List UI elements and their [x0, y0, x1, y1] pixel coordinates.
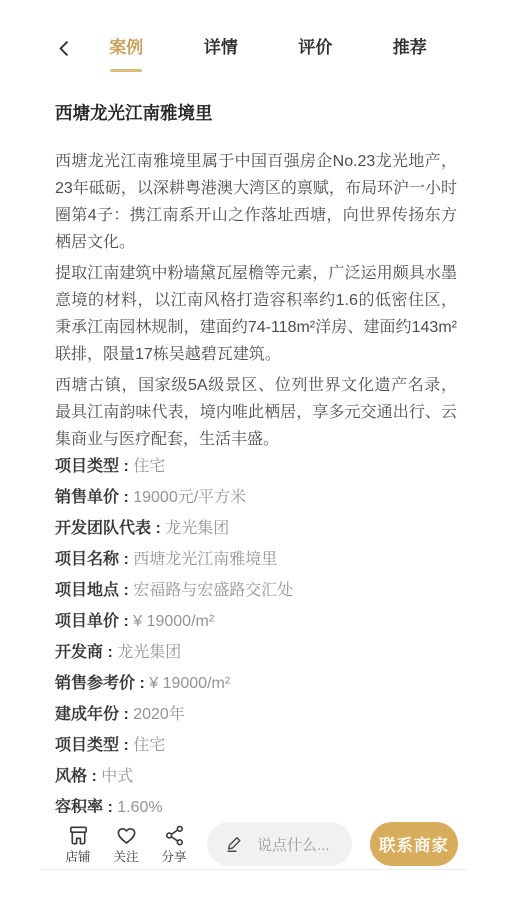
attribute-row: 项目类型住宅 — [55, 457, 457, 477]
attribute-list: 项目类型住宅 销售单价19000元/平方米 开发团队代表龙光集团 项目名称西塘龙… — [55, 457, 457, 849]
page-title: 西塘龙光江南雅境里 — [55, 102, 457, 124]
shop-button[interactable]: 店铺 — [58, 824, 98, 864]
back-button[interactable] — [55, 36, 79, 63]
attribute-value: ¥ 19000/m² — [133, 613, 214, 630]
tab-label: 案例 — [109, 36, 143, 60]
attribute-value: 龙光集团 — [117, 644, 181, 661]
action-group: 店铺 关注 分享 — [58, 824, 194, 864]
comment-input[interactable]: 说点什么... — [207, 822, 352, 866]
description-paragraph: 提取江南建筑中粉墙黛瓦屋檐等元素，广泛运用颇具水墨意境的材料，以江南风格打造容积… — [55, 260, 457, 368]
tab-label: 详情 — [204, 36, 238, 60]
follow-button[interactable]: 关注 — [106, 824, 146, 864]
comment-placeholder: 说点什么... — [257, 834, 330, 855]
shop-label: 店铺 — [65, 850, 90, 864]
share-icon — [163, 824, 186, 847]
attribute-label: 项目名称 — [55, 551, 133, 568]
attribute-row: 销售单价19000元/平方米 — [55, 488, 457, 508]
attribute-row: 项目类型住宅 — [55, 736, 457, 756]
attribute-row: 销售参考价¥ 19000/m² — [55, 674, 457, 694]
attribute-label: 项目类型 — [55, 458, 133, 475]
tab-bar: 案例 详情 评价 推荐 — [79, 36, 457, 72]
shop-icon — [67, 824, 90, 847]
top-nav: 案例 详情 评价 推荐 — [55, 36, 457, 72]
attribute-label: 销售单价 — [55, 489, 133, 506]
project-description: 西塘龙光江南雅境里属于中国百强房企No.23龙光地产，23年砥砺，以深耕粤港澳大… — [55, 148, 457, 453]
attribute-row: 开发团队代表龙光集团 — [55, 519, 457, 539]
tab-reviews[interactable]: 评价 — [298, 36, 332, 72]
tab-label: 评价 — [298, 36, 332, 60]
attribute-label: 项目单价 — [55, 613, 133, 630]
description-paragraph: 西塘龙光江南雅境里属于中国百强房企No.23龙光地产，23年砥砺，以深耕粤港澳大… — [55, 148, 457, 256]
follow-label: 关注 — [113, 850, 138, 864]
share-button[interactable]: 分享 — [154, 824, 194, 864]
tab-recommend[interactable]: 推荐 — [393, 36, 427, 72]
home-indicator-divider — [40, 869, 467, 870]
attribute-value: 19000元/平方米 — [133, 489, 246, 506]
attribute-value: 宏福路与宏盛路交汇处 — [133, 582, 293, 599]
tab-cases[interactable]: 案例 — [109, 36, 143, 72]
description-paragraph: 西塘古镇，国家级5A级景区、位列世界文化遗产名录，最具江南韵味代表，境内唯此栖居… — [55, 372, 457, 453]
app-screen: 案例 详情 评价 推荐 西塘龙光江南雅境里 西塘龙光江南雅境里属于中 — [0, 0, 507, 900]
attribute-row: 项目地点宏福路与宏盛路交汇处 — [55, 581, 457, 601]
attribute-row: 风格中式 — [55, 767, 457, 787]
scroll-content[interactable]: 案例 详情 评价 推荐 西塘龙光江南雅境里 西塘龙光江南雅境里属于中 — [0, 0, 507, 900]
attribute-value: 西塘龙光江南雅境里 — [133, 551, 277, 568]
attribute-value: ¥ 19000/m² — [149, 675, 230, 692]
tab-details[interactable]: 详情 — [204, 36, 238, 72]
attribute-row: 项目名称西塘龙光江南雅境里 — [55, 550, 457, 570]
share-label: 分享 — [161, 850, 186, 864]
bottom-action-bar: 店铺 关注 分享 — [0, 813, 507, 900]
attribute-row: 建成年份2020年 — [55, 705, 457, 725]
attribute-label: 销售参考价 — [55, 675, 149, 692]
attribute-value: 中式 — [101, 768, 133, 785]
contact-merchant-button[interactable]: 联系商家 — [370, 822, 458, 866]
attribute-value: 2020年 — [133, 706, 185, 723]
attribute-value: 住宅 — [133, 737, 165, 754]
pencil-icon — [224, 834, 244, 854]
attribute-label: 建成年份 — [55, 706, 133, 723]
active-tab-underline — [110, 69, 142, 72]
attribute-label: 项目地点 — [55, 582, 133, 599]
attribute-value: 龙光集团 — [165, 520, 229, 537]
heart-icon — [115, 824, 138, 847]
attribute-label: 风格 — [55, 768, 101, 785]
chevron-left-icon — [55, 39, 74, 58]
attribute-value: 住宅 — [133, 458, 165, 475]
tab-label: 推荐 — [393, 36, 427, 60]
attribute-label: 开发商 — [55, 644, 117, 661]
attribute-label: 开发团队代表 — [55, 520, 165, 537]
attribute-row: 开发商龙光集团 — [55, 643, 457, 663]
attribute-label: 项目类型 — [55, 737, 133, 754]
attribute-row: 项目单价¥ 19000/m² — [55, 612, 457, 632]
